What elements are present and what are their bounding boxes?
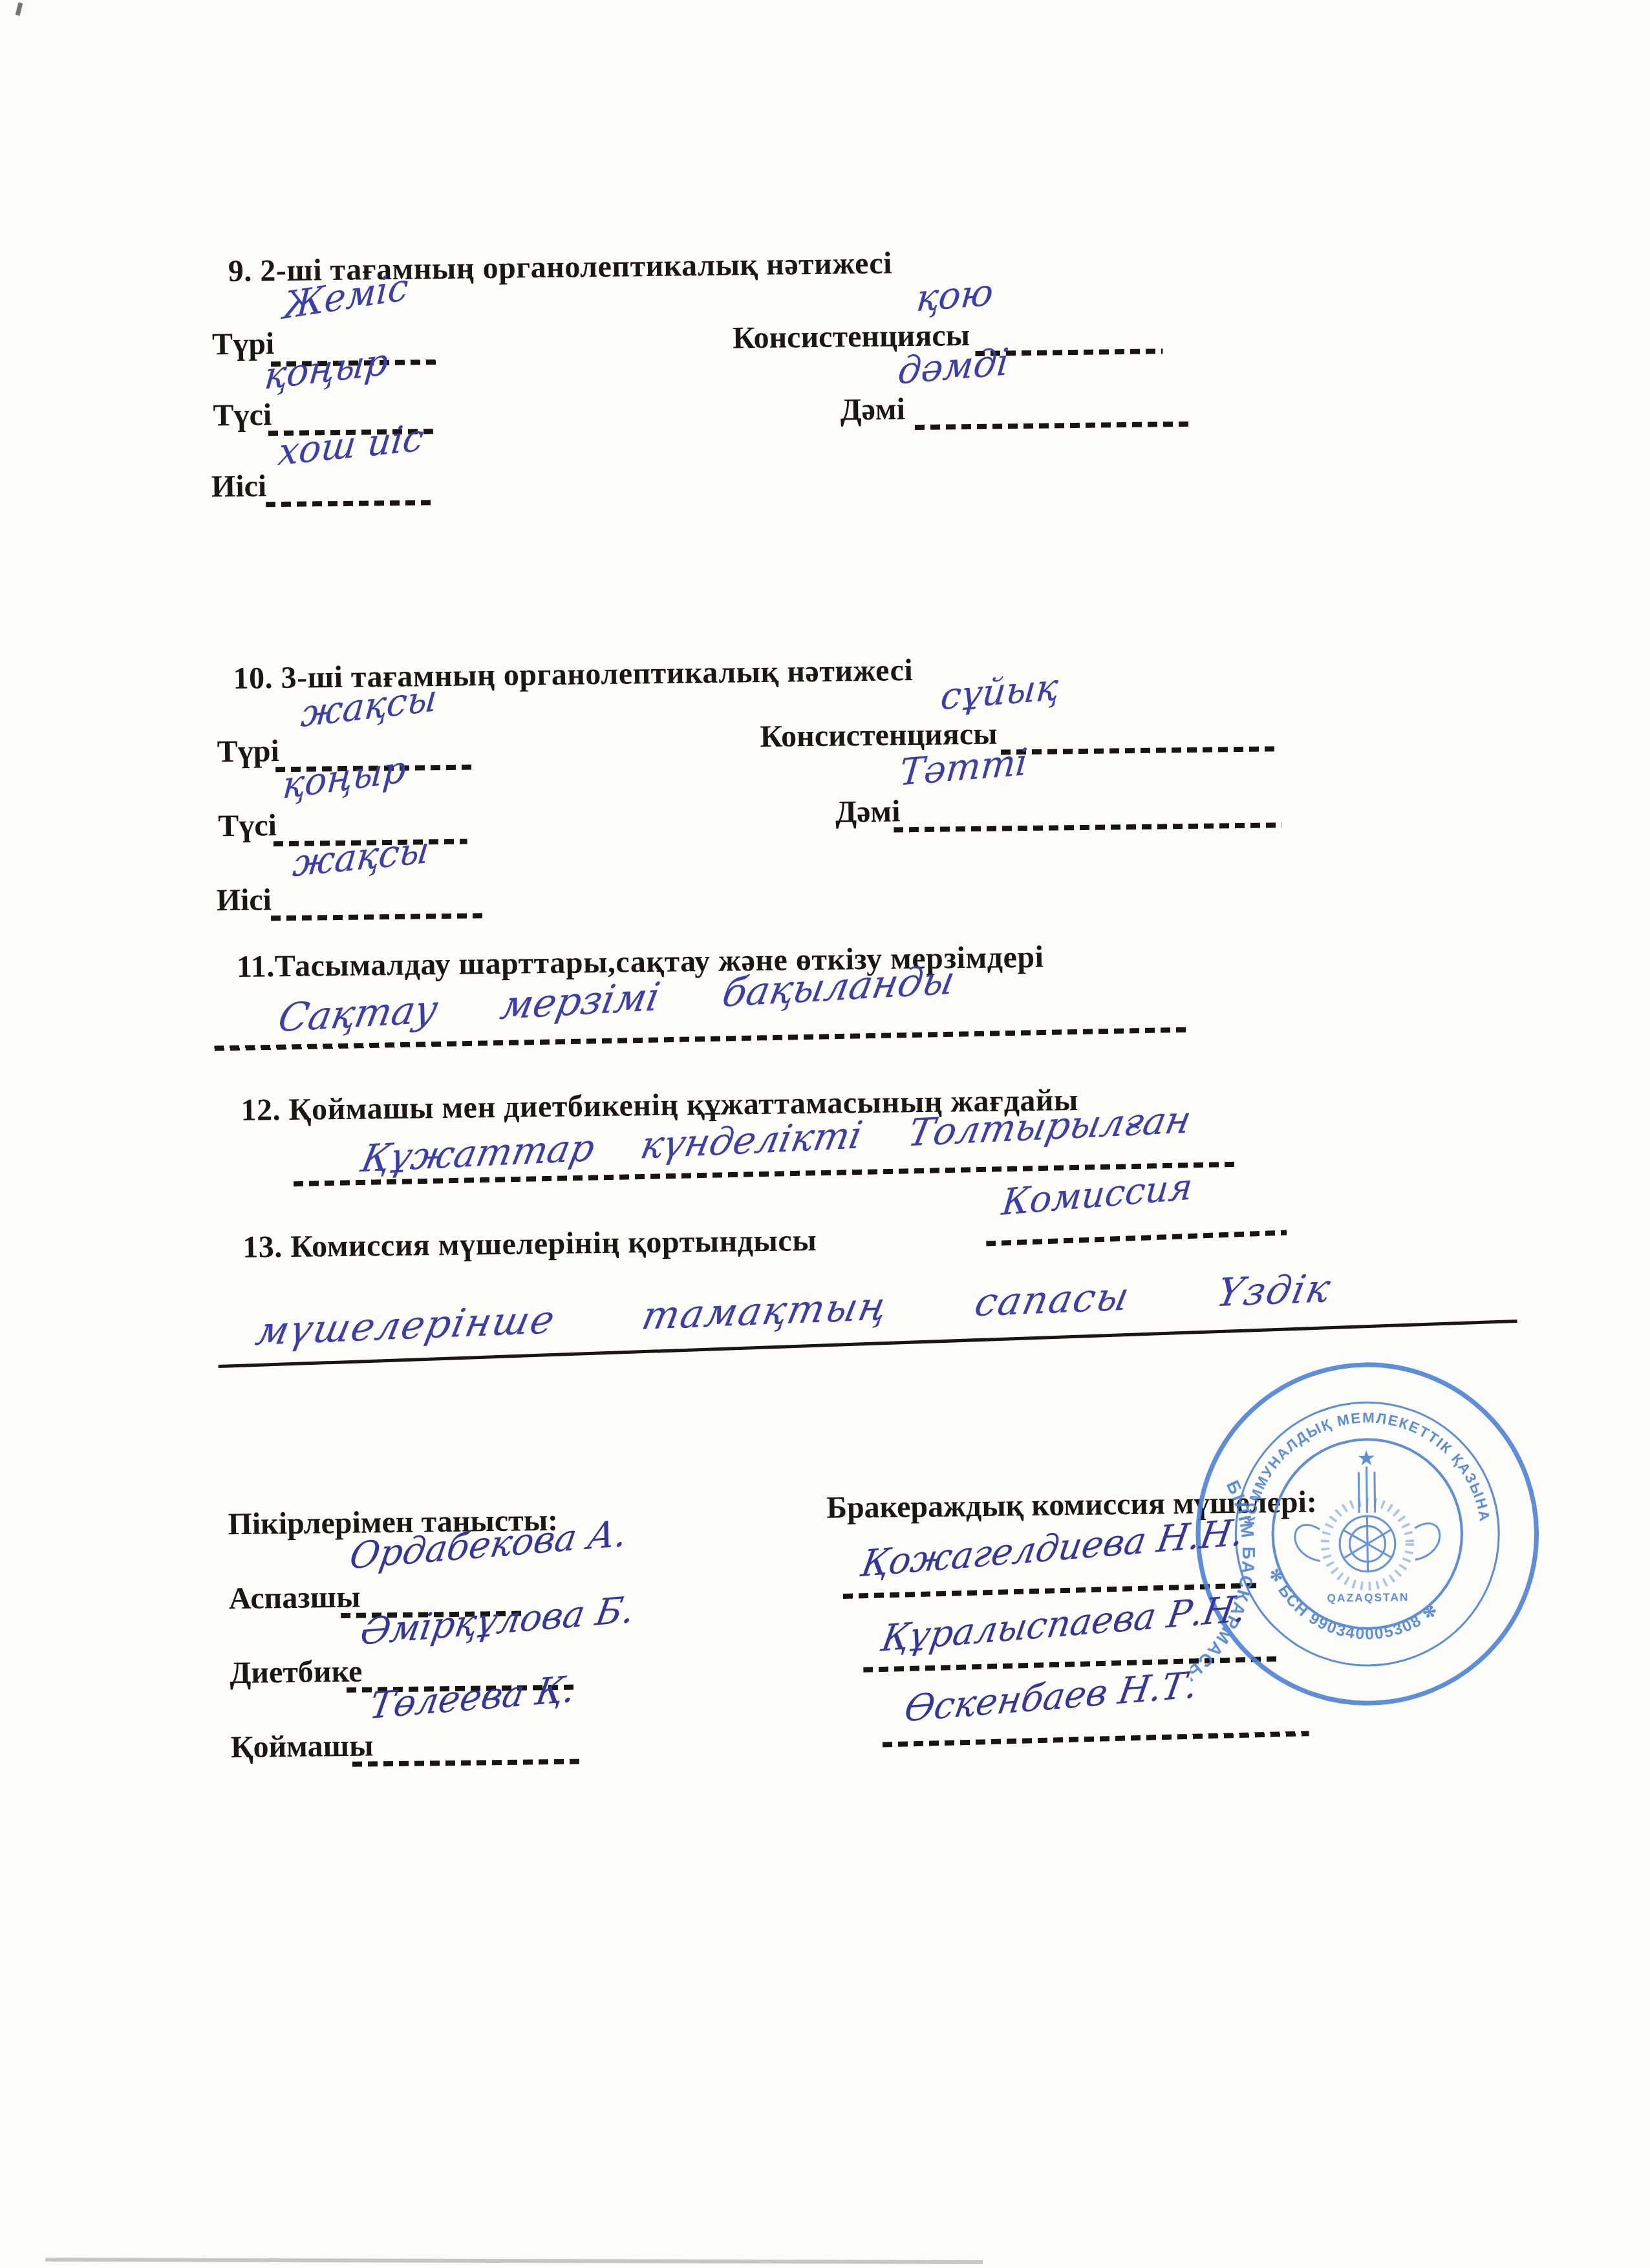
section10-dami-label: Дәмі (835, 793, 901, 829)
document-content: 9. 2-ші тағамның органолептикалық нәтиже… (0, 0, 1650, 2268)
section9-iisi-line (266, 500, 434, 507)
section10-iisi-line (271, 913, 484, 921)
section13-handwriting-inline: Комиссия (1000, 1166, 1195, 1224)
section10-dami-line (894, 822, 1281, 832)
section9-dami-line (915, 422, 1193, 430)
section9-iisi-handwriting: хош иіс (276, 416, 426, 474)
section9-turi-label: Түрі (212, 326, 275, 362)
section9-dami-handwriting: дәмді (896, 341, 1011, 393)
section13-title: 13. Комиссия мүшелерінің қортындысы (242, 1223, 817, 1265)
section10-tusi-label: Түсі (218, 808, 277, 844)
stamp-emblem (1294, 1466, 1441, 1587)
section10-iisi-handwriting: жақсы (291, 829, 432, 886)
storekeeper-label: Қоймашы (230, 1728, 373, 1765)
cook-label: Аспазшы (229, 1579, 361, 1616)
scanned-document-page: 9. 2-ші тағамның органолептикалық нәтиже… (0, 0, 1650, 2268)
section9-dami-label: Дәмі (840, 391, 905, 427)
section9-tusi-label: Түсі (213, 397, 272, 433)
storekeeper-signature: Төлеева Қ. (367, 1668, 579, 1728)
section13-line-inline (986, 1230, 1287, 1246)
stamp-emblem-text: QAZAQSTAN (1327, 1590, 1409, 1605)
section10-konsistencia-line (1001, 746, 1279, 754)
dietitian-label: Диетбике (230, 1654, 363, 1691)
member3-signature-line (883, 1731, 1309, 1747)
stamp-bin-text: ✻ БСН 990340005308 ✻ (1265, 1564, 1442, 1645)
member3-signature: Өскенбаев Н.Т. (901, 1664, 1201, 1730)
section9-konsistencia-handwriting: қою (914, 271, 995, 320)
section13-handwriting-line: мүшелерінше тамақтың сапасы Үздік (252, 1266, 1336, 1354)
section10-konsistencia-handwriting: сұйық (939, 666, 1060, 719)
storekeeper-signature-line (352, 1759, 582, 1766)
section10-iisi-label: Иісі (216, 882, 272, 918)
stamp-star-icon: ★ (1356, 1446, 1376, 1470)
dietitian-signature: Әмірқұлова Б. (358, 1589, 637, 1654)
section9-iisi-label: Иісі (211, 468, 267, 504)
section10-tusi-handwriting: қоңыр (281, 747, 408, 808)
section10-turi-label: Түрі (217, 733, 280, 769)
section9-tusi-handwriting: қоңыр (262, 340, 390, 398)
